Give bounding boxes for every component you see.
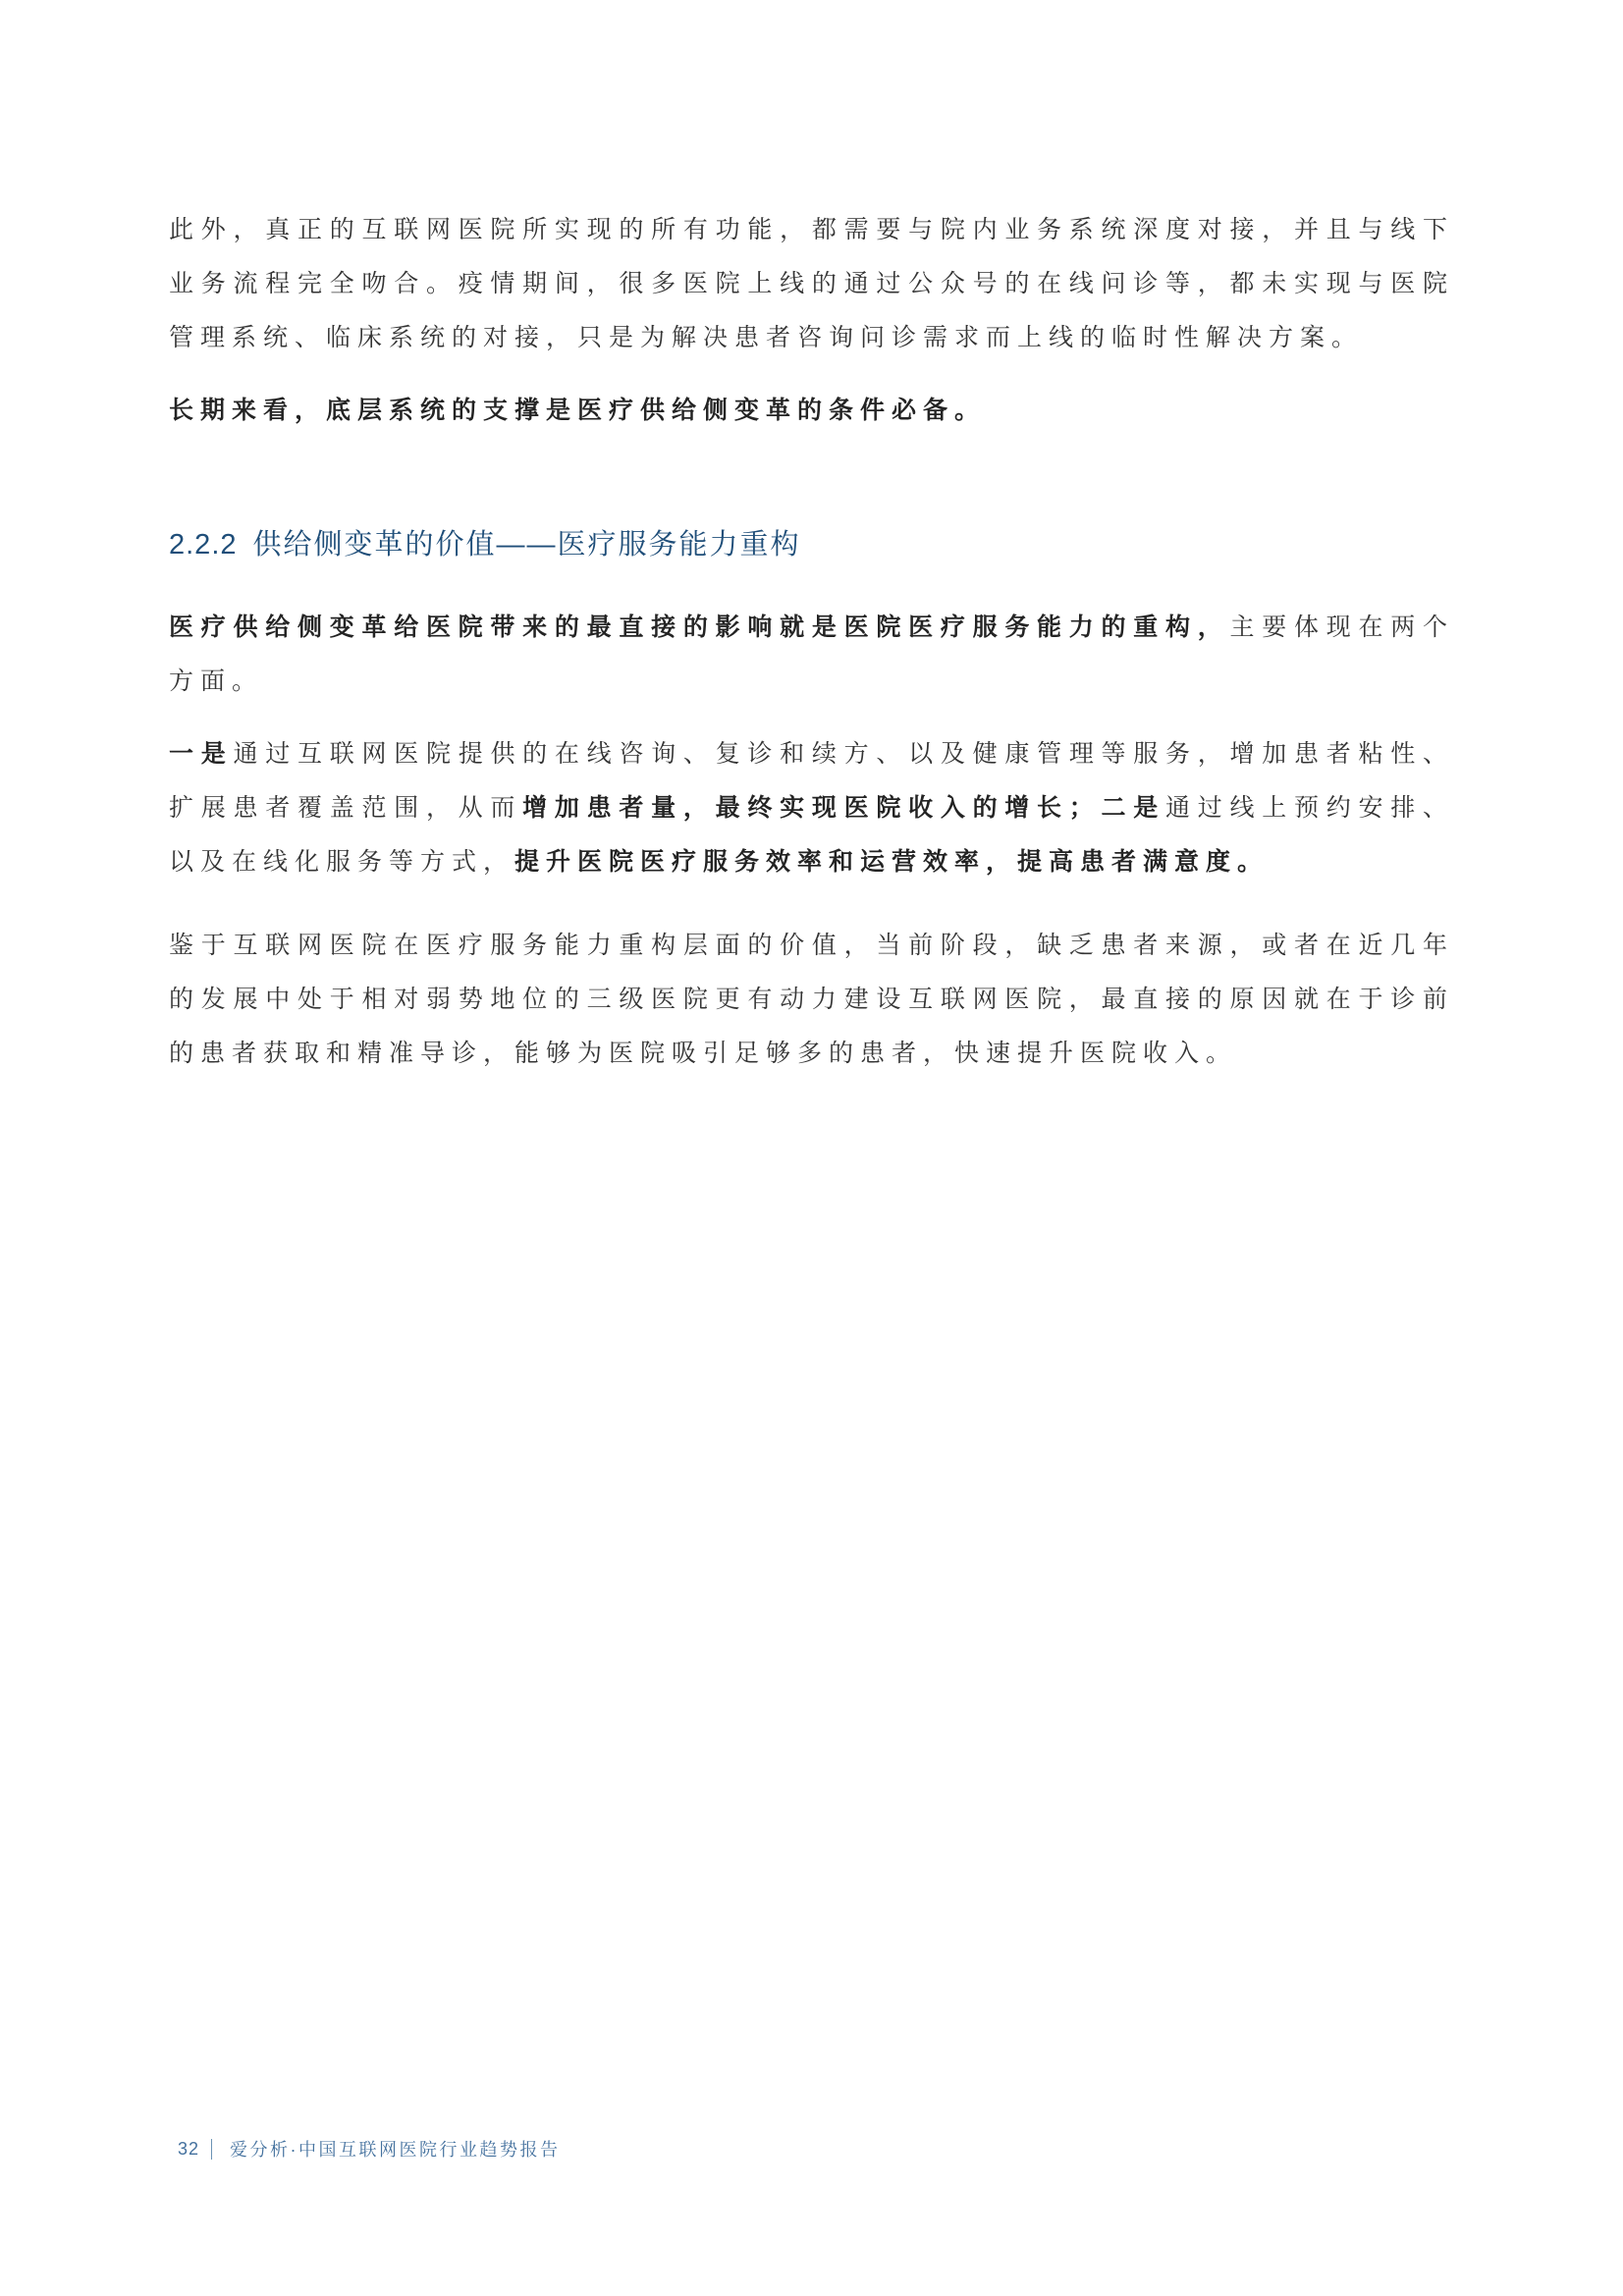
paragraph-tertiary: 鉴于互联网医院在医疗服务能力重构层面的价值，当前阶段，缺乏患者来源，或者在近几年… — [169, 919, 1454, 1081]
two-points-seg3: 增加患者量，最终实现医院收入的增长；二是 — [522, 794, 1165, 822]
paragraph-intro-text: 此外，真正的互联网医院所实现的所有功能，都需要与院内业务系统深度对接，并且与线下… — [169, 216, 1454, 351]
section-heading: 2.2.2供给侧变革的价值——医疗服务能力重构 — [169, 524, 1454, 565]
paragraph-tertiary-text: 鉴于互联网医院在医疗服务能力重构层面的价值，当前阶段，缺乏患者来源，或者在近几年… — [169, 932, 1454, 1067]
content-area: 此外，真正的互联网医院所实现的所有功能，都需要与院内业务系统深度对接，并且与线下… — [0, 0, 1623, 1081]
document-page: 此外，真正的互联网医院所实现的所有功能，都需要与院内业务系统深度对接，并且与线下… — [0, 0, 1623, 2296]
page-footer: 32 爱分析·中国互联网医院行业趋势报告 — [178, 2136, 561, 2162]
two-points-seg1: 一是 — [169, 740, 234, 768]
paragraph-longterm: 长期来看，底层系统的支撑是医疗供给侧变革的条件必备。 — [169, 384, 1454, 438]
paragraph-value-bold: 医疗供给侧变革给医院带来的最直接的影响就是医院医疗服务能力的重构， — [169, 614, 1230, 641]
section-heading-number: 2.2.2 — [169, 529, 238, 561]
page-number: 32 — [178, 2139, 199, 2160]
paragraph-intro: 此外，真正的互联网医院所实现的所有功能，都需要与院内业务系统深度对接，并且与线下… — [169, 203, 1454, 365]
footer-divider — [211, 2139, 212, 2160]
paragraph-two-points: 一是通过互联网医院提供的在线咨询、复诊和续方、以及健康管理等服务，增加患者粘性、… — [169, 727, 1454, 889]
two-points-seg5: 提升医院医疗服务效率和运营效率，提高患者满意度。 — [514, 848, 1269, 876]
section-heading-title: 供给侧变革的价值——医疗服务能力重构 — [253, 529, 801, 561]
report-title: 爱分析·中国互联网医院行业趋势报告 — [230, 2136, 561, 2162]
paragraph-longterm-text: 长期来看，底层系统的支撑是医疗供给侧变革的条件必备。 — [169, 397, 986, 424]
paragraph-value: 医疗供给侧变革给医院带来的最直接的影响就是医院医疗服务能力的重构，主要体现在两个… — [169, 601, 1454, 709]
